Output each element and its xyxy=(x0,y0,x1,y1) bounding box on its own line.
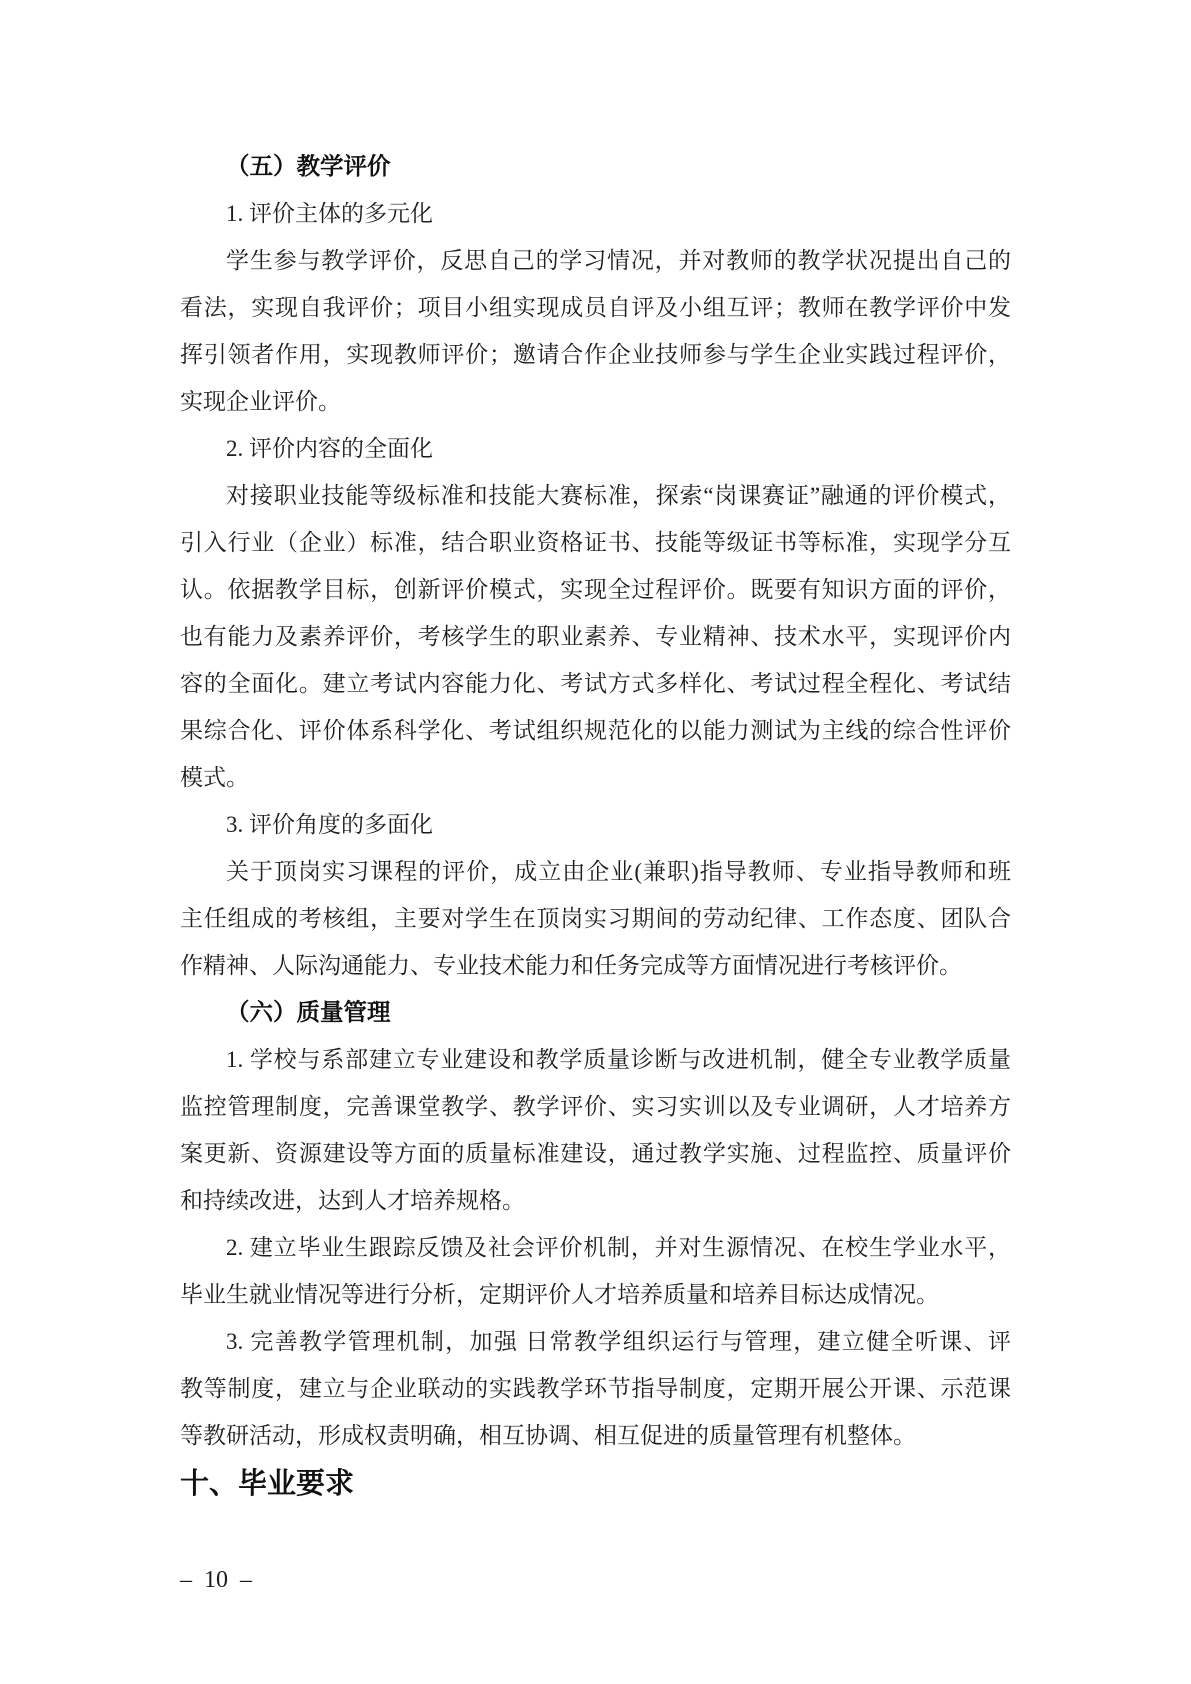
paragraph-line: 毕业生就业情况等进行分析，定期评价人才培养质量和培养目标达成情况。 xyxy=(180,1271,1011,1318)
paragraph: 关于顶岗实习课程的评价，成立由企业(兼职)指导教师、专业指导教师和班 主任组成的… xyxy=(180,848,1011,989)
paragraph-line: 引入行业（企业）标准，结合职业资格证书、技能等级证书等标准，实现学分互 xyxy=(180,519,1011,566)
section-5-item-3-title: 3. 评价角度的多面化 xyxy=(180,801,1011,848)
section-5-item-2-title: 2. 评价内容的全面化 xyxy=(180,425,1011,472)
paragraph-line: 主任组成的考核组，主要对学生在顶岗实习期间的劳动纪律、工作态度、团队合 xyxy=(180,895,1011,942)
paragraph: 学生参与教学评价，反思自己的学习情况，并对教师的教学状况提出自己的 看法，实现自… xyxy=(180,237,1011,425)
paragraph-line: 等教研活动，形成权责明确，相互协调、相互促进的质量管理有机整体。 xyxy=(180,1412,1011,1459)
document-body: （五）教学评价 1. 评价主体的多元化 学生参与教学评价，反思自己的学习情况，并… xyxy=(180,143,1011,1509)
paragraph-line: 容的全面化。建立考试内容能力化、考试方式多样化、考试过程全程化、考试结 xyxy=(180,660,1011,707)
paragraph: 2. 建立毕业生跟踪反馈及社会评价机制，并对生源情况、在校生学业水平， 毕业生就… xyxy=(180,1224,1011,1318)
document-page: （五）教学评价 1. 评价主体的多元化 学生参与教学评价，反思自己的学习情况，并… xyxy=(0,0,1191,1684)
paragraph-line: 认。依据教学目标，创新评价模式，实现全过程评价。既要有知识方面的评价， xyxy=(180,566,1011,613)
paragraph-line: 3. 完善教学管理机制，加强 日常教学组织运行与管理，建立健全听课、评 xyxy=(180,1318,1011,1365)
paragraph-line: 和持续改进，达到人才培养规格。 xyxy=(180,1177,1011,1224)
paragraph-line: 教等制度，建立与企业联动的实践教学环节指导制度，定期开展公开课、示范课 xyxy=(180,1365,1011,1412)
paragraph-line: 作精神、人际沟通能力、专业技术能力和任务完成等方面情况进行考核评价。 xyxy=(180,942,1011,989)
paragraph-line: 1. 学校与系部建立专业建设和教学质量诊断与改进机制，健全专业教学质量 xyxy=(180,1036,1011,1083)
paragraph-line: 果综合化、评价体系科学化、考试组织规范化的以能力测试为主线的综合性评价 xyxy=(180,707,1011,754)
section-5-heading: （五）教学评价 xyxy=(180,143,1011,190)
paragraph-line: 看法，实现自我评价；项目小组实现成员自评及小组互评；教师在教学评价中发 xyxy=(180,284,1011,331)
paragraph: 1. 学校与系部建立专业建设和教学质量诊断与改进机制，健全专业教学质量 监控管理… xyxy=(180,1036,1011,1224)
paragraph-line: 对接职业技能等级标准和技能大赛标准，探索“岗课赛证”融通的评价模式， xyxy=(180,472,1011,519)
paragraph-line: 监控管理制度，完善课堂教学、教学评价、实习实训以及专业调研，人才培养方 xyxy=(180,1083,1011,1130)
paragraph-line: 也有能力及素养评价，考核学生的职业素养、专业精神、技术水平，实现评价内 xyxy=(180,613,1011,660)
section-5-item-1-title: 1. 评价主体的多元化 xyxy=(180,190,1011,237)
paragraph: 3. 完善教学管理机制，加强 日常教学组织运行与管理，建立健全听课、评 教等制度… xyxy=(180,1318,1011,1459)
paragraph-line: 案更新、资源建设等方面的质量标准建设，通过教学实施、过程监控、质量评价 xyxy=(180,1130,1011,1177)
paragraph: 对接职业技能等级标准和技能大赛标准，探索“岗课赛证”融通的评价模式， 引入行业（… xyxy=(180,472,1011,801)
paragraph-line: 模式。 xyxy=(180,754,1011,801)
paragraph-line: 挥引领者作用，实现教师评价；邀请合作企业技师参与学生企业实践过程评价， xyxy=(180,331,1011,378)
page-number: – 10 – xyxy=(180,1566,252,1594)
chapter-10-heading: 十、毕业要求 xyxy=(180,1459,1011,1509)
paragraph-line: 实现企业评价。 xyxy=(180,378,1011,425)
section-6-heading: （六）质量管理 xyxy=(180,989,1011,1036)
paragraph-line: 2. 建立毕业生跟踪反馈及社会评价机制，并对生源情况、在校生学业水平， xyxy=(180,1224,1011,1271)
paragraph-line: 关于顶岗实习课程的评价，成立由企业(兼职)指导教师、专业指导教师和班 xyxy=(180,848,1011,895)
paragraph-line: 学生参与教学评价，反思自己的学习情况，并对教师的教学状况提出自己的 xyxy=(180,237,1011,284)
